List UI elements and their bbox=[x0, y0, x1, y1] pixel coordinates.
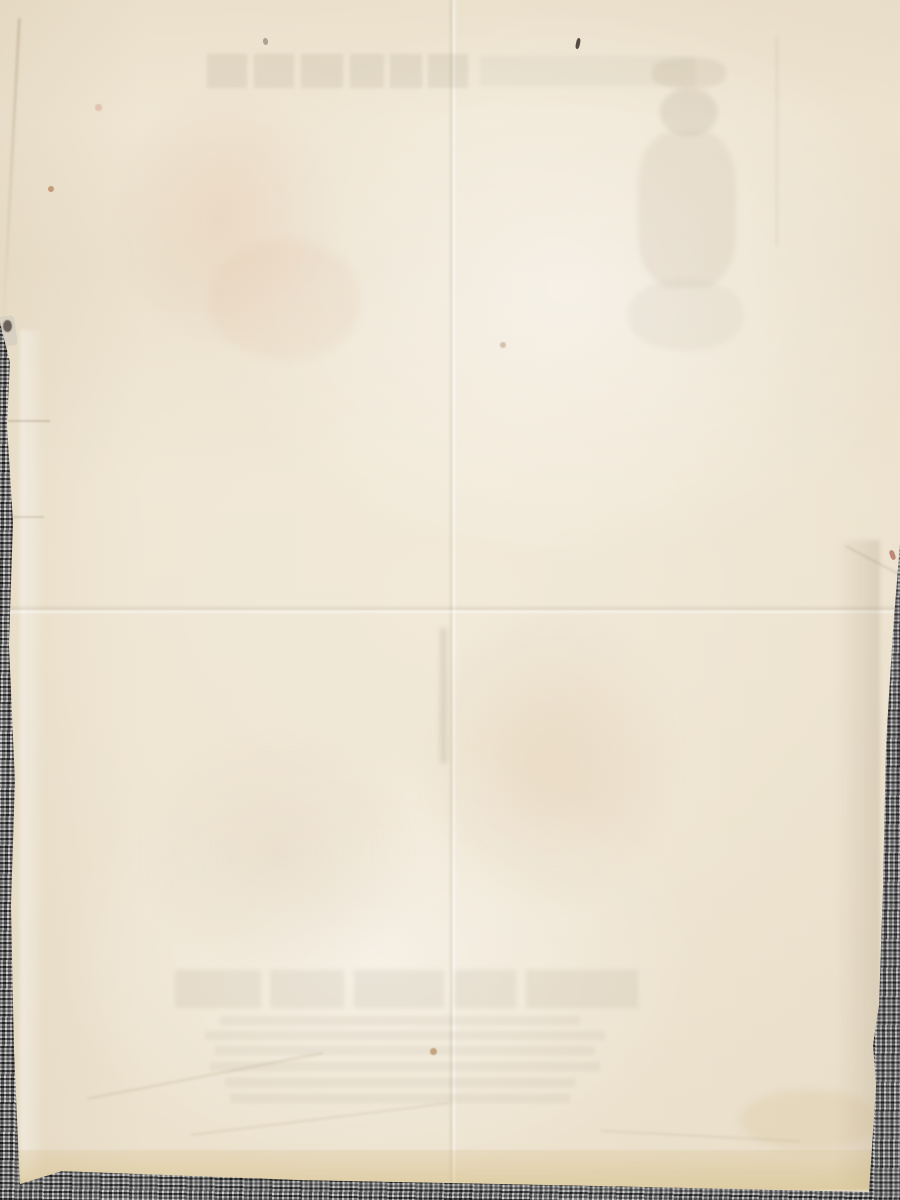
top-left-edge-crease bbox=[2, 18, 21, 318]
ghost-face-center bbox=[418, 608, 683, 913]
tape-remnant-squiggle bbox=[3, 320, 12, 332]
ghost-bottom-title-3 bbox=[354, 970, 444, 1008]
ghost-bottom-text-row-5 bbox=[225, 1078, 575, 1087]
ghost-bottom-title-1 bbox=[175, 970, 261, 1008]
ghost-title-extension bbox=[480, 56, 695, 86]
horizontal-fold-crease bbox=[0, 605, 900, 615]
bottom-right-wrinkle bbox=[600, 1130, 800, 1142]
ghost-bottom-text-row-4 bbox=[210, 1062, 600, 1071]
small-gray-speck bbox=[262, 38, 268, 46]
left-edge-tick-crease-1 bbox=[8, 420, 50, 422]
ghost-bottom-text-row-6 bbox=[230, 1094, 570, 1103]
dark-comma-speck bbox=[575, 38, 581, 50]
ghost-figure-head bbox=[660, 88, 718, 136]
left-margin-light-strip bbox=[20, 330, 46, 1180]
ghost-title-letter-3 bbox=[301, 54, 343, 88]
bottom-left-wrinkle-1 bbox=[87, 1052, 323, 1100]
left-edge-tick-crease-2 bbox=[8, 516, 44, 518]
rust-dot-left bbox=[48, 186, 54, 192]
ghost-title-letter-1 bbox=[207, 54, 247, 88]
ghost-title-letter-5 bbox=[390, 54, 422, 88]
top-right-vertical-crease bbox=[776, 36, 778, 246]
ghost-figure-body bbox=[638, 132, 736, 287]
faint-stain-bottom-right bbox=[740, 1090, 880, 1150]
vertical-fold-crease bbox=[448, 0, 457, 1190]
ghost-bottom-title-5 bbox=[526, 970, 638, 1008]
upper-left-pink-blotch bbox=[110, 80, 340, 350]
ghost-bottom-title-4 bbox=[454, 970, 516, 1008]
ghost-figure-lower bbox=[628, 280, 743, 350]
ghost-bottom-text-row-3 bbox=[215, 1046, 595, 1055]
right-mid-crease bbox=[845, 545, 900, 577]
ghost-title-letter-2 bbox=[254, 54, 294, 88]
stain-dot-center bbox=[500, 342, 506, 348]
rust-tick-right-edge bbox=[888, 549, 896, 560]
upper-left-pink-blotch-2 bbox=[210, 240, 360, 360]
right-edge-shadow-strip bbox=[836, 540, 880, 1190]
brown-dot-bottom bbox=[430, 1048, 437, 1055]
ghost-title-letter-4 bbox=[350, 54, 384, 88]
bottom-left-wrinkle-2 bbox=[191, 1102, 449, 1136]
ghost-bottom-title-2 bbox=[270, 970, 344, 1008]
ghost-oval-lower-left bbox=[140, 735, 420, 975]
center-fold-streak bbox=[440, 628, 447, 763]
ghost-title-letter-6 bbox=[428, 54, 468, 88]
pink-dot-upper-left bbox=[95, 104, 102, 111]
ghost-figure-hat bbox=[652, 58, 726, 88]
ghost-bottom-text-row-1 bbox=[220, 1016, 580, 1025]
photo-of-folded-paper-on-carpet bbox=[0, 0, 900, 1200]
paper-sheet bbox=[0, 0, 900, 1200]
ghost-bottom-text-row-2 bbox=[205, 1031, 605, 1040]
